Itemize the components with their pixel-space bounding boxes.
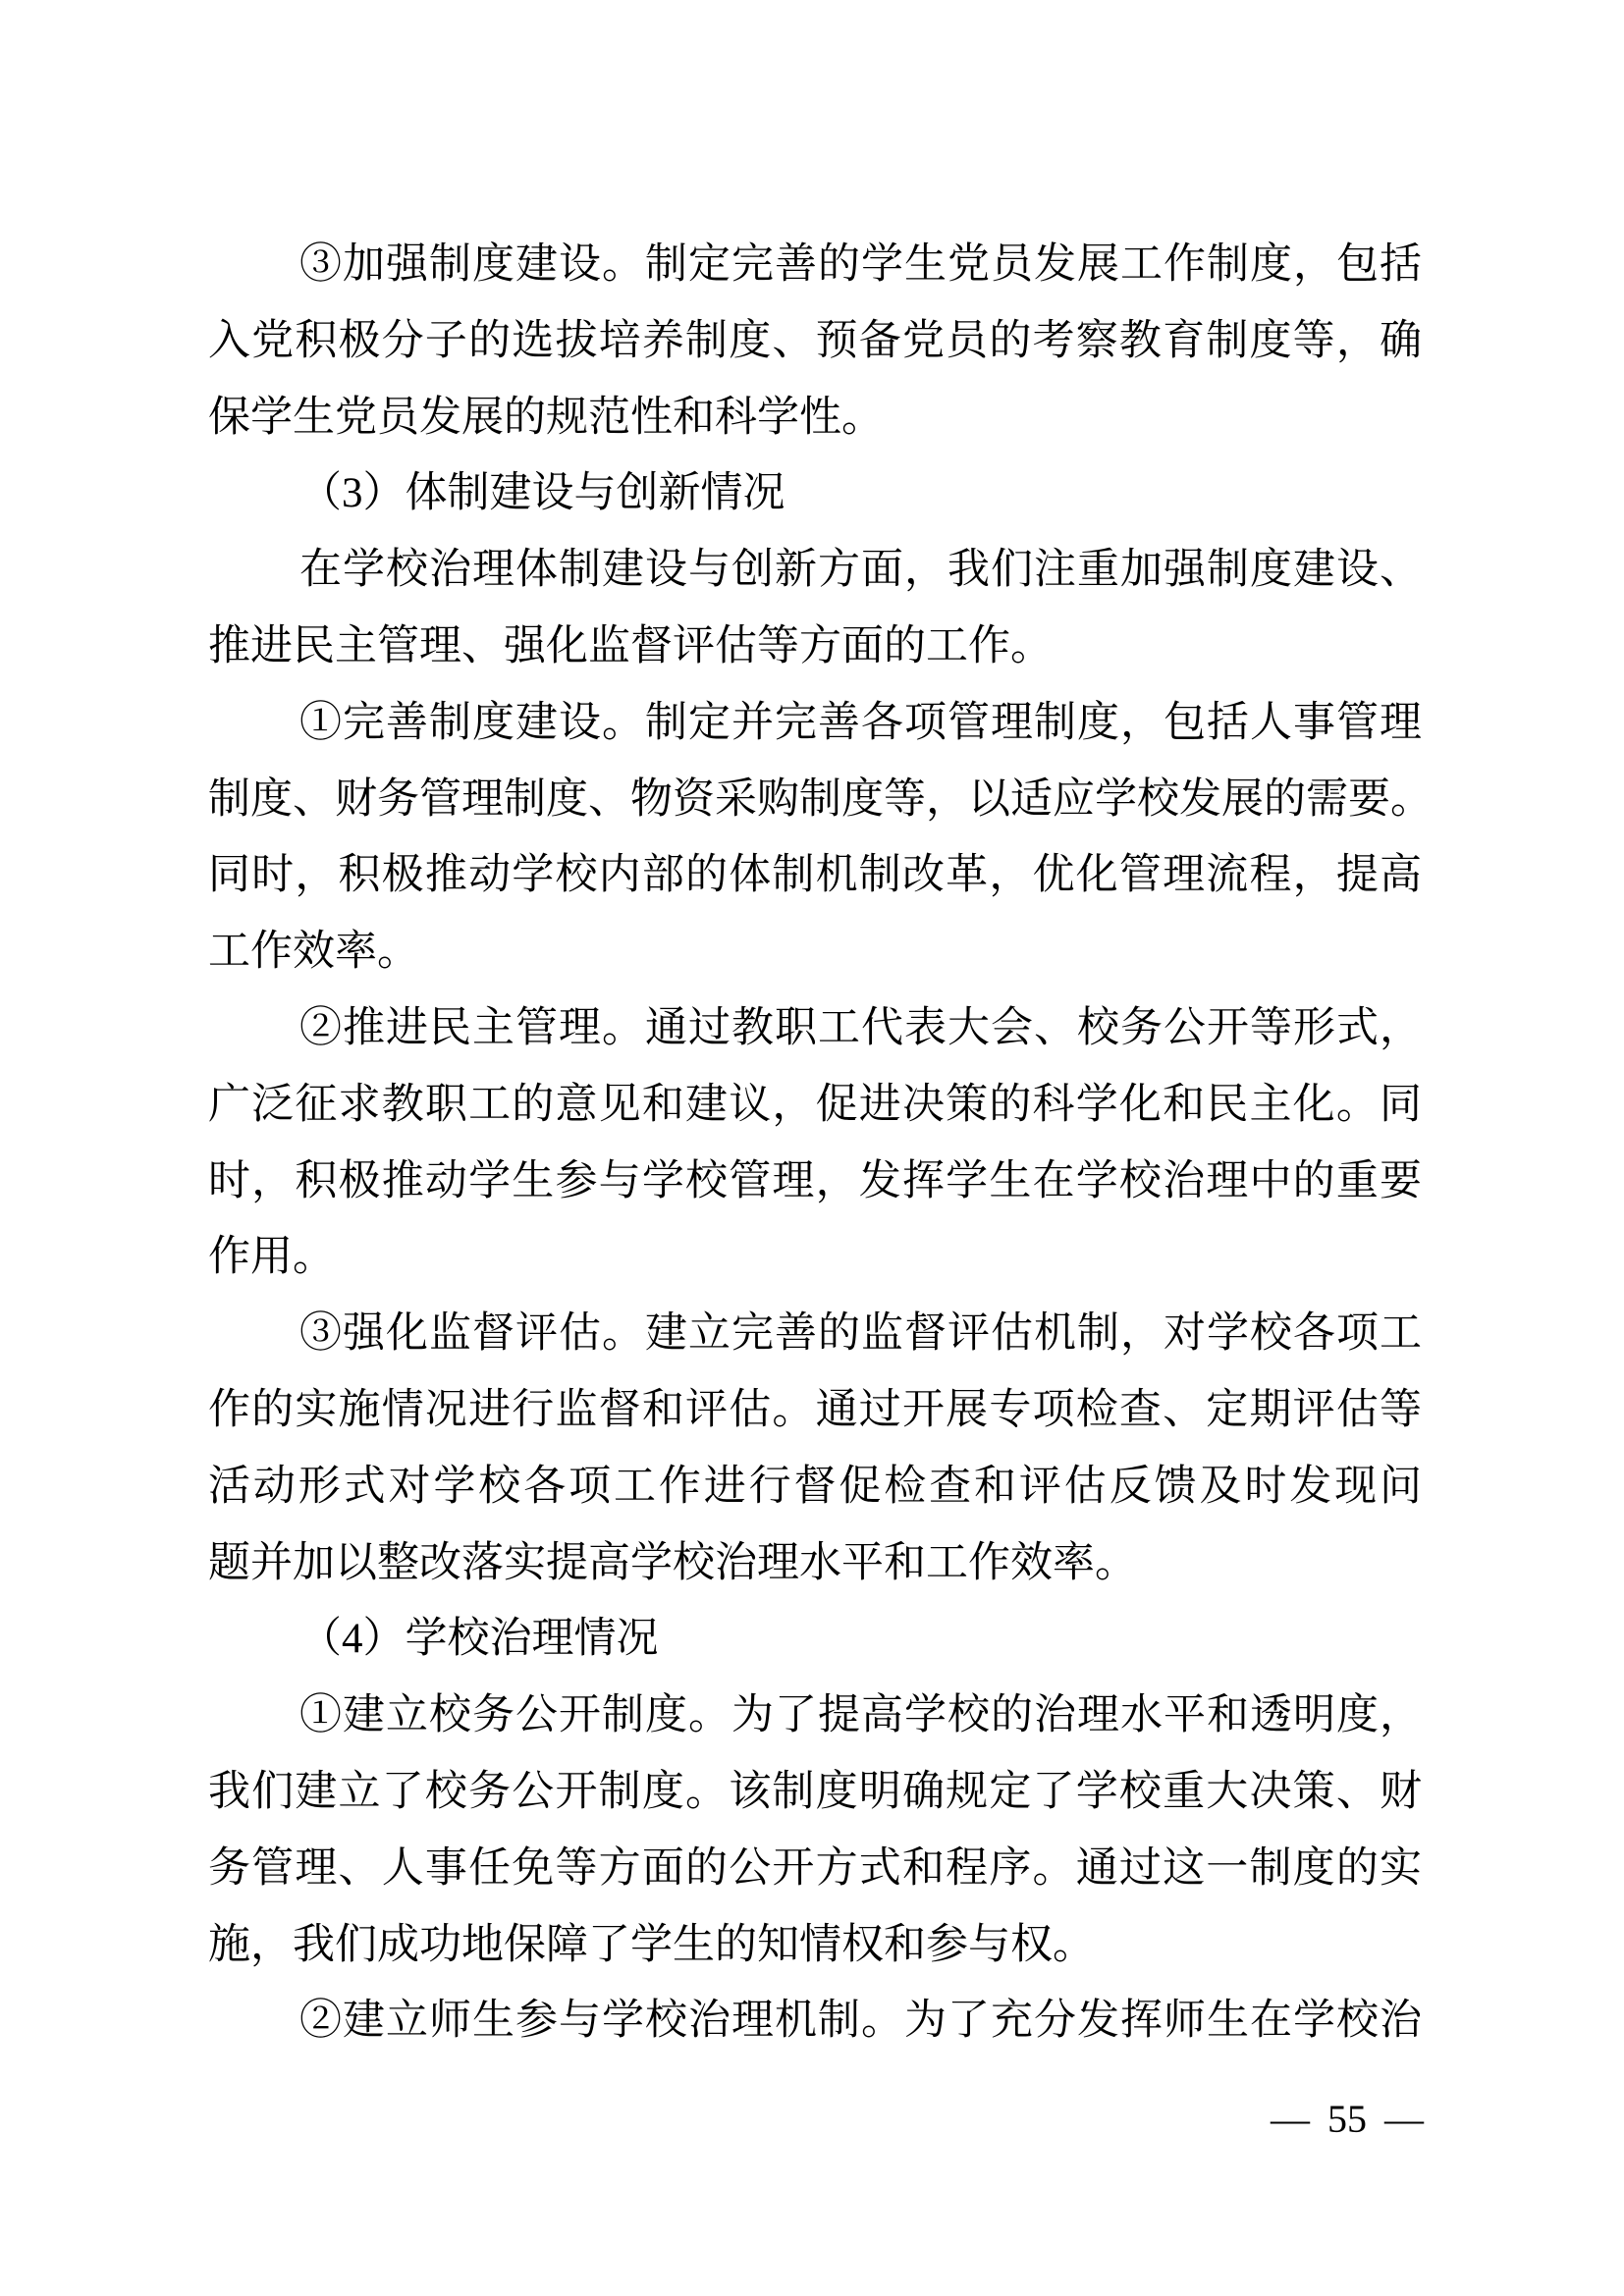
document-page: ③加强制度建设。制定完善的学生党员发展工作制度，包括入党积极分子的选拔培养制度、… (0, 0, 1624, 2296)
text-line: 活动形式对学校各项工作进行督促检查和评估反馈及时发现问 (208, 1449, 1422, 1525)
text-line: ①建立校务公开制度。为了提高学校的治理水平和透明度， (208, 1678, 1422, 1754)
text-line: 制度、财务管理制度、物资采购制度等，以适应学校发展的需要。 (208, 762, 1422, 838)
text-line: （3）体制建设与创新情况 (208, 455, 1422, 532)
text-line: ②建立师生参与学校治理机制。为了充分发挥师生在学校治 (208, 1983, 1422, 2059)
text-line: ①完善制度建设。制定并完善各项管理制度，包括人事管理 (208, 685, 1422, 762)
text-line: 在学校治理体制建设与创新方面，我们注重加强制度建设、 (208, 532, 1422, 609)
text-line: ③强化监督评估。建立完善的监督评估机制，对学校各项工 (208, 1296, 1422, 1372)
text-line: 推进民主管理、强化监督评估等方面的工作。 (208, 609, 1422, 685)
text-line: ③加强制度建设。制定完善的学生党员发展工作制度，包括 (208, 227, 1422, 303)
text-line: 题并加以整改落实提高学校治理水平和工作效率。 (208, 1525, 1422, 1602)
text-line: 作用。 (208, 1219, 1422, 1296)
text-line: ②推进民主管理。通过教职工代表大会、校务公开等形式， (208, 990, 1422, 1067)
text-line: 广泛征求教职工的意见和建议，促进决策的科学化和民主化。同 (208, 1067, 1422, 1144)
document-body: ③加强制度建设。制定完善的学生党员发展工作制度，包括入党积极分子的选拔培养制度、… (208, 227, 1422, 2059)
text-line: 我们建立了校务公开制度。该制度明确规定了学校重大决策、财 (208, 1754, 1422, 1831)
text-line: （4）学校治理情况 (208, 1601, 1422, 1678)
page-number: — 55 — (1271, 2099, 1424, 2140)
text-line: 务管理、人事任免等方面的公开方式和程序。通过这一制度的实 (208, 1831, 1422, 1907)
text-line: 保学生党员发展的规范性和科学性。 (208, 380, 1422, 456)
text-line: 时，积极推动学生参与学校管理，发挥学生在学校治理中的重要 (208, 1144, 1422, 1220)
text-line: 工作效率。 (208, 914, 1422, 990)
text-line: 同时，积极推动学校内部的体制机制改革，优化管理流程，提高 (208, 837, 1422, 914)
text-line: 入党积极分子的选拔培养制度、预备党员的考察教育制度等，确 (208, 303, 1422, 380)
text-line: 作的实施情况进行监督和评估。通过开展专项检查、定期评估等 (208, 1372, 1422, 1449)
text-line: 施，我们成功地保障了学生的知情权和参与权。 (208, 1907, 1422, 1984)
